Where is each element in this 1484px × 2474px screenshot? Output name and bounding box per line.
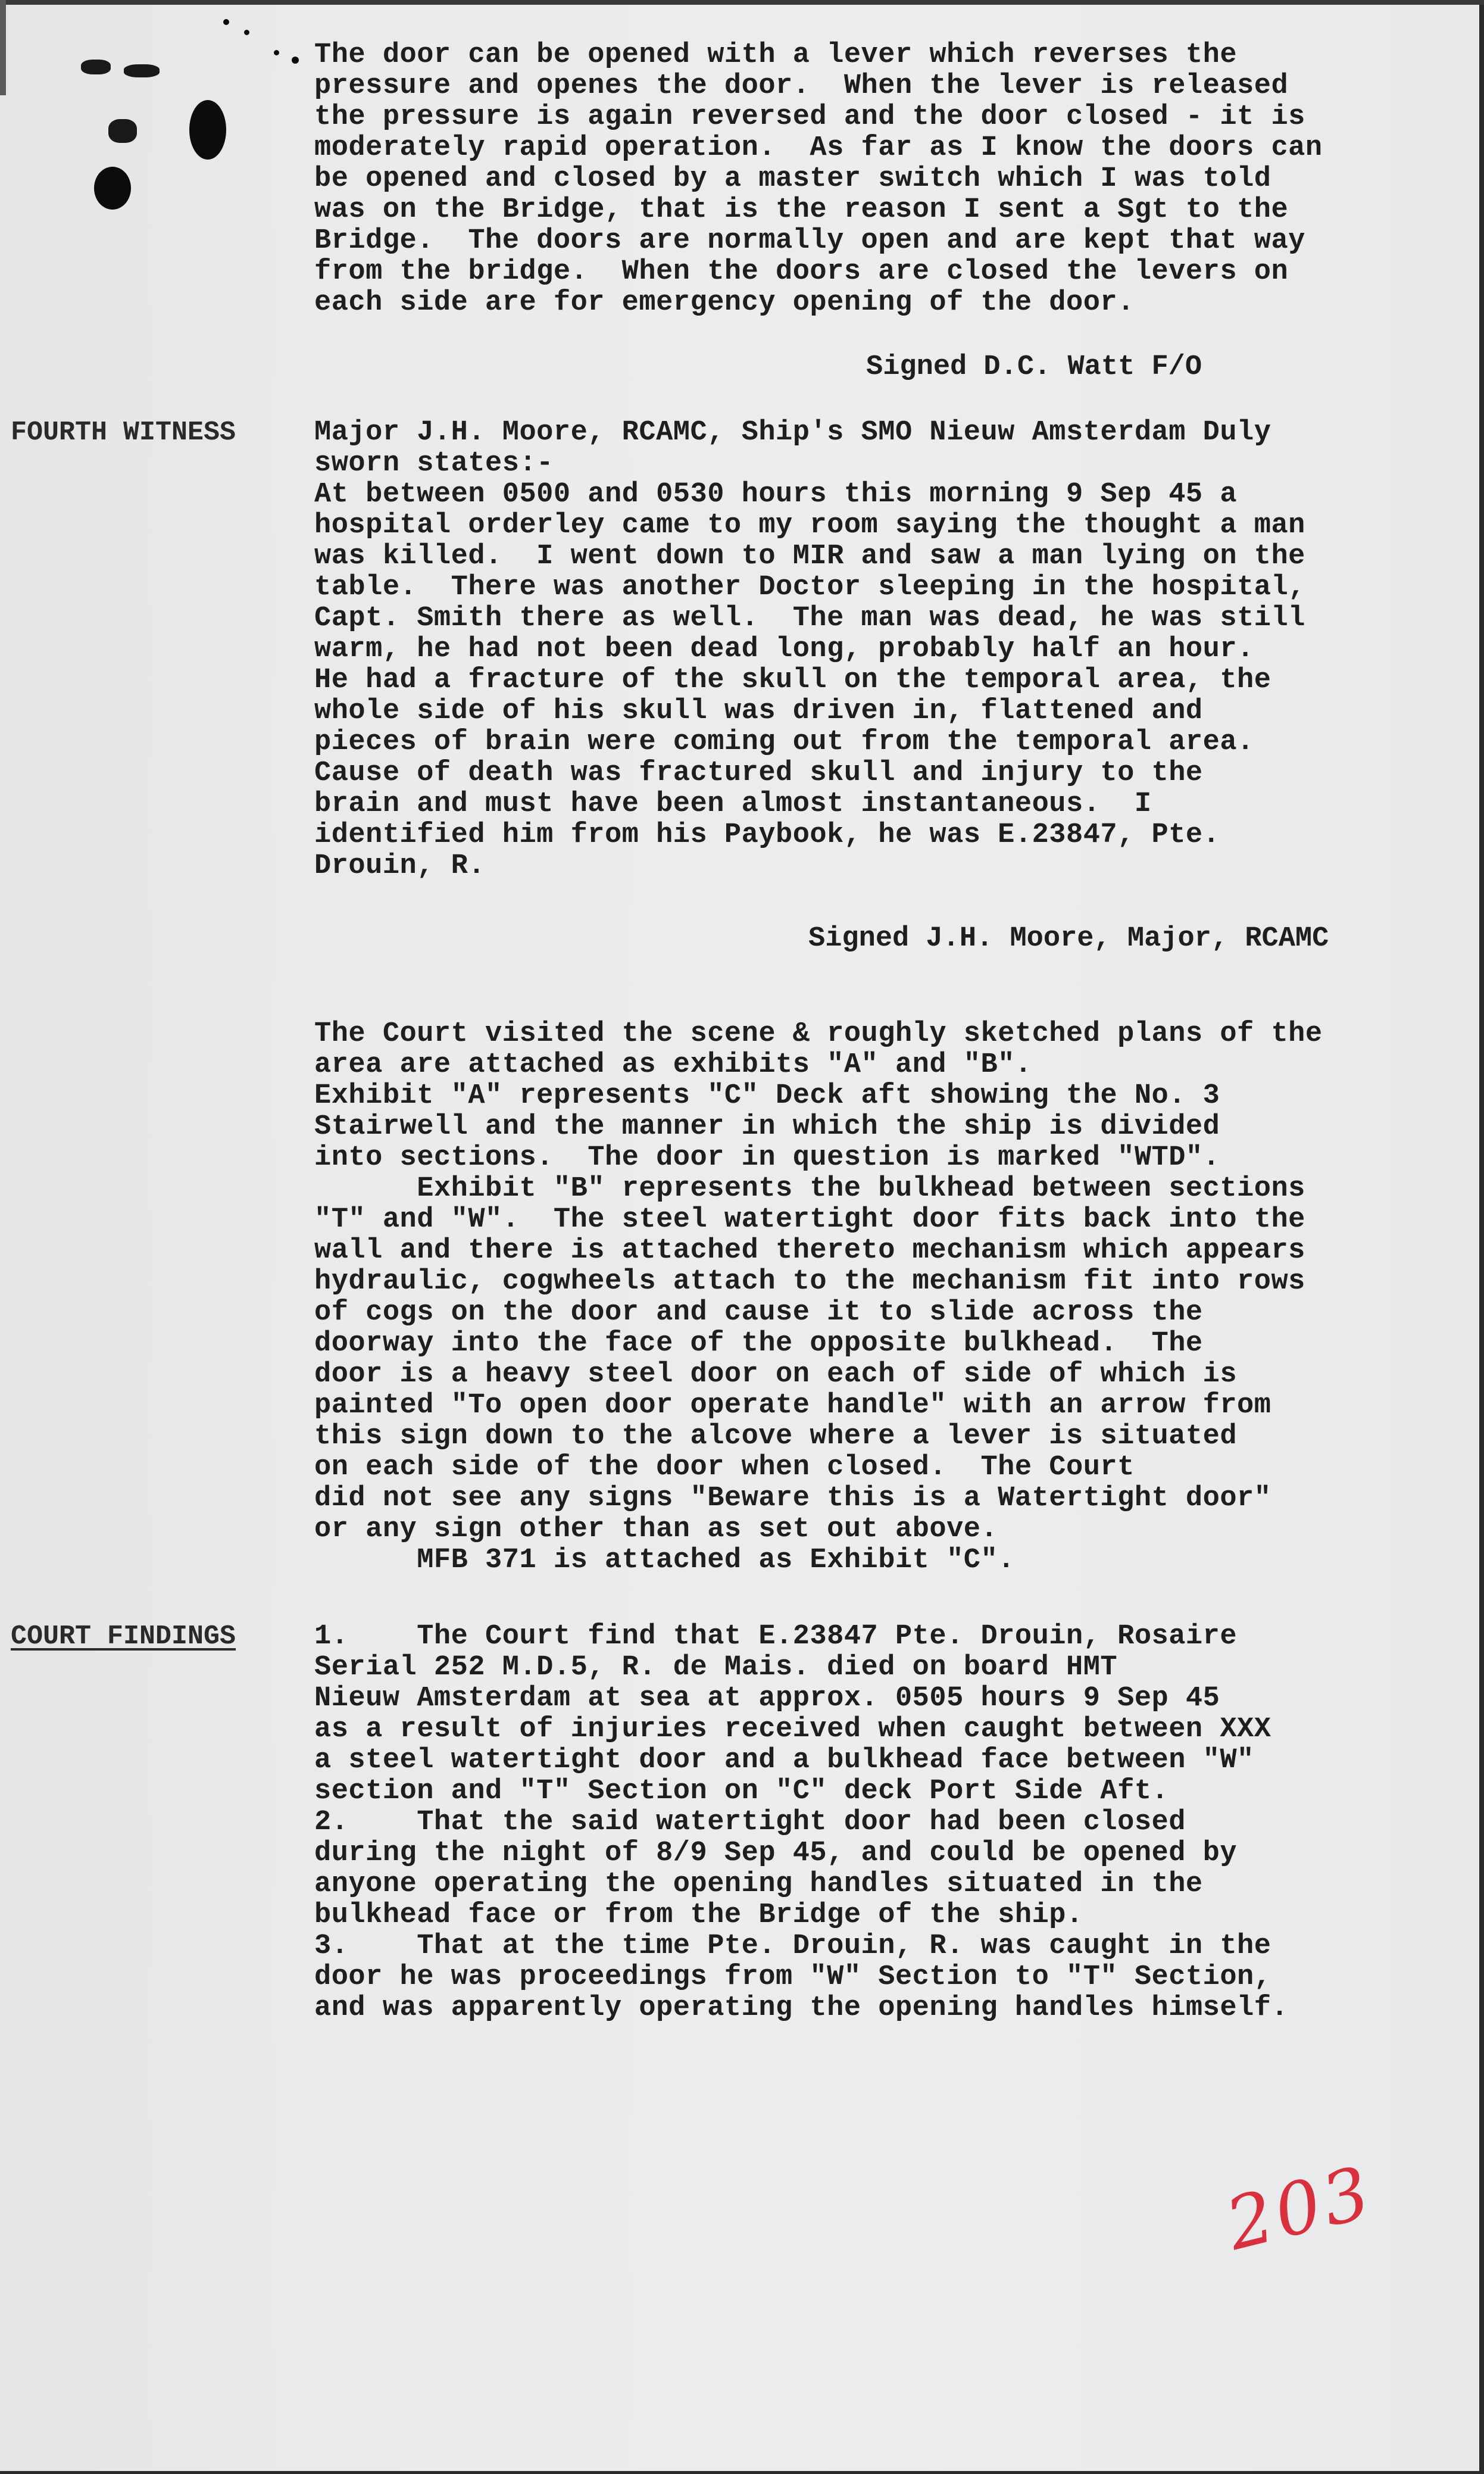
finding-line: a steel watertight door and a bulkhead f… — [314, 1745, 1254, 1776]
court-visit-line: this sign down to the alcove where a lev… — [314, 1421, 1237, 1452]
finding-line: section and "T" Section on "C" deck Port… — [314, 1776, 1169, 1807]
signature-moore: Signed J.H. Moore, Major, RCAMC — [808, 923, 1329, 954]
section-label-court-findings: COURT FINDINGS — [11, 1621, 236, 1652]
court-visit-line: door is a heavy steel door on each of si… — [314, 1359, 1237, 1390]
witness-line: Cause of death was fractured skull and i… — [314, 757, 1203, 789]
statement-line: Bridge. The doors are normally open and … — [314, 225, 1305, 257]
finding-line: door he was proceedings from "W" Section… — [314, 1961, 1271, 1993]
handwritten-page-number: 203 — [1219, 2151, 1381, 2267]
statement-line: from the bridge. When the doors are clos… — [314, 256, 1288, 288]
finding-line: 1. The Court find that E.23847 Pte. Drou… — [314, 1621, 1237, 1652]
pin-hole-1 — [223, 19, 229, 25]
witness-line: Major J.H. Moore, RCAMC, Ship's SMO Nieu… — [314, 417, 1271, 448]
page-left-edge — [0, 0, 6, 95]
statement-line: be opened and closed by a master switch … — [314, 163, 1271, 195]
witness-line: brain and must have been almost instanta… — [314, 788, 1152, 820]
finding-line: 2. That the said watertight door had bee… — [314, 1807, 1186, 1838]
statement-line: pressure and openes the door. When the l… — [314, 70, 1288, 102]
page-top-edge — [0, 0, 1484, 5]
court-visit-line: The Court visited the scene & roughly sk… — [314, 1018, 1323, 1050]
witness-line: hospital orderley came to my room saying… — [314, 510, 1305, 541]
court-visit-line: of cogs on the door and cause it to slid… — [314, 1297, 1203, 1328]
witness-line: He had a fracture of the skull on the te… — [314, 664, 1271, 696]
finding-line: as a result of injuries received when ca… — [314, 1714, 1271, 1745]
witness-line: sworn states:- — [314, 448, 554, 479]
witness-line: At between 0500 and 0530 hours this morn… — [314, 479, 1237, 510]
court-visit-line: MFB 371 is attached as Exhibit "C". — [314, 1545, 1015, 1576]
court-visit-line: Exhibit "B" represents the bulkhead betw… — [314, 1173, 1305, 1205]
court-visit-line: wall and there is attached thereto mecha… — [314, 1235, 1305, 1266]
court-visit-line: Exhibit "A" represents "C" Deck aft show… — [314, 1080, 1220, 1112]
statement-line: moderately rapid operation. As far as I … — [314, 132, 1323, 164]
witness-line: Drouin, R. — [314, 850, 485, 882]
statement-line: was on the Bridge, that is the reason I … — [314, 194, 1288, 226]
punch-hole-lower — [94, 167, 131, 210]
witness-line: table. There was another Doctor sleeping… — [314, 572, 1305, 603]
witness-line: warm, he had not been dead long, probabl… — [314, 634, 1254, 665]
court-visit-line: or any sign other than as set out above. — [314, 1514, 998, 1545]
pin-hole-3 — [274, 50, 279, 55]
statement-line: each side are for emergency opening of t… — [314, 287, 1135, 319]
statement-line: The door can be opened with a lever whic… — [314, 39, 1237, 71]
finding-line: during the night of 8/9 Sep 45, and coul… — [314, 1837, 1237, 1869]
signature-watt: Signed D.C. Watt F/O — [866, 351, 1202, 383]
finding-line: bulkhead face or from the Bridge of the … — [314, 1899, 1083, 1931]
document-page: The door can be opened with a lever whic… — [0, 0, 1479, 2471]
court-visit-line: "T" and "W". The steel watertight door f… — [314, 1204, 1305, 1236]
court-visit-line: Stairwell and the manner in which the sh… — [314, 1111, 1220, 1143]
paper-tear-1 — [81, 60, 111, 74]
finding-line: and was apparently operating the opening… — [314, 1992, 1288, 2024]
court-visit-line: painted "To open door operate handle" wi… — [314, 1390, 1271, 1421]
finding-line: 3. That at the time Pte. Drouin, R. was … — [314, 1930, 1271, 1962]
court-visit-line: on each side of the door when closed. Th… — [314, 1452, 1135, 1483]
statement-line: the pressure is again reversed and the d… — [314, 101, 1305, 133]
court-visit-line: doorway into the face of the opposite bu… — [314, 1328, 1203, 1359]
court-visit-line: did not see any signs "Beware this is a … — [314, 1483, 1271, 1514]
section-label-fourth-witness: FOURTH WITNESS — [11, 417, 236, 448]
witness-line: Capt. Smith there as well. The man was d… — [314, 603, 1305, 634]
pin-hole-2 — [244, 30, 249, 35]
finding-line: Serial 252 M.D.5, R. de Mais. died on bo… — [314, 1652, 1117, 1683]
pin-hole-4 — [292, 57, 299, 64]
court-visit-line: area are attached as exhibits "A" and "B… — [314, 1049, 1032, 1081]
witness-line: was killed. I went down to MIR and saw a… — [314, 541, 1305, 572]
witness-line: pieces of brain were coming out from the… — [314, 726, 1254, 758]
paper-tear-3 — [108, 119, 137, 143]
court-visit-line: hydraulic, cogwheels attach to the mecha… — [314, 1266, 1305, 1297]
witness-line: identified him from his Paybook, he was … — [314, 819, 1220, 851]
finding-line: Nieuw Amsterdam at sea at approx. 0505 h… — [314, 1683, 1220, 1714]
witness-line: whole side of his skull was driven in, f… — [314, 695, 1203, 727]
finding-line: anyone operating the opening handles sit… — [314, 1868, 1203, 1900]
court-visit-line: into sections. The door in question is m… — [314, 1142, 1220, 1174]
punch-hole-upper — [189, 100, 226, 160]
paper-tear-2 — [124, 64, 160, 77]
